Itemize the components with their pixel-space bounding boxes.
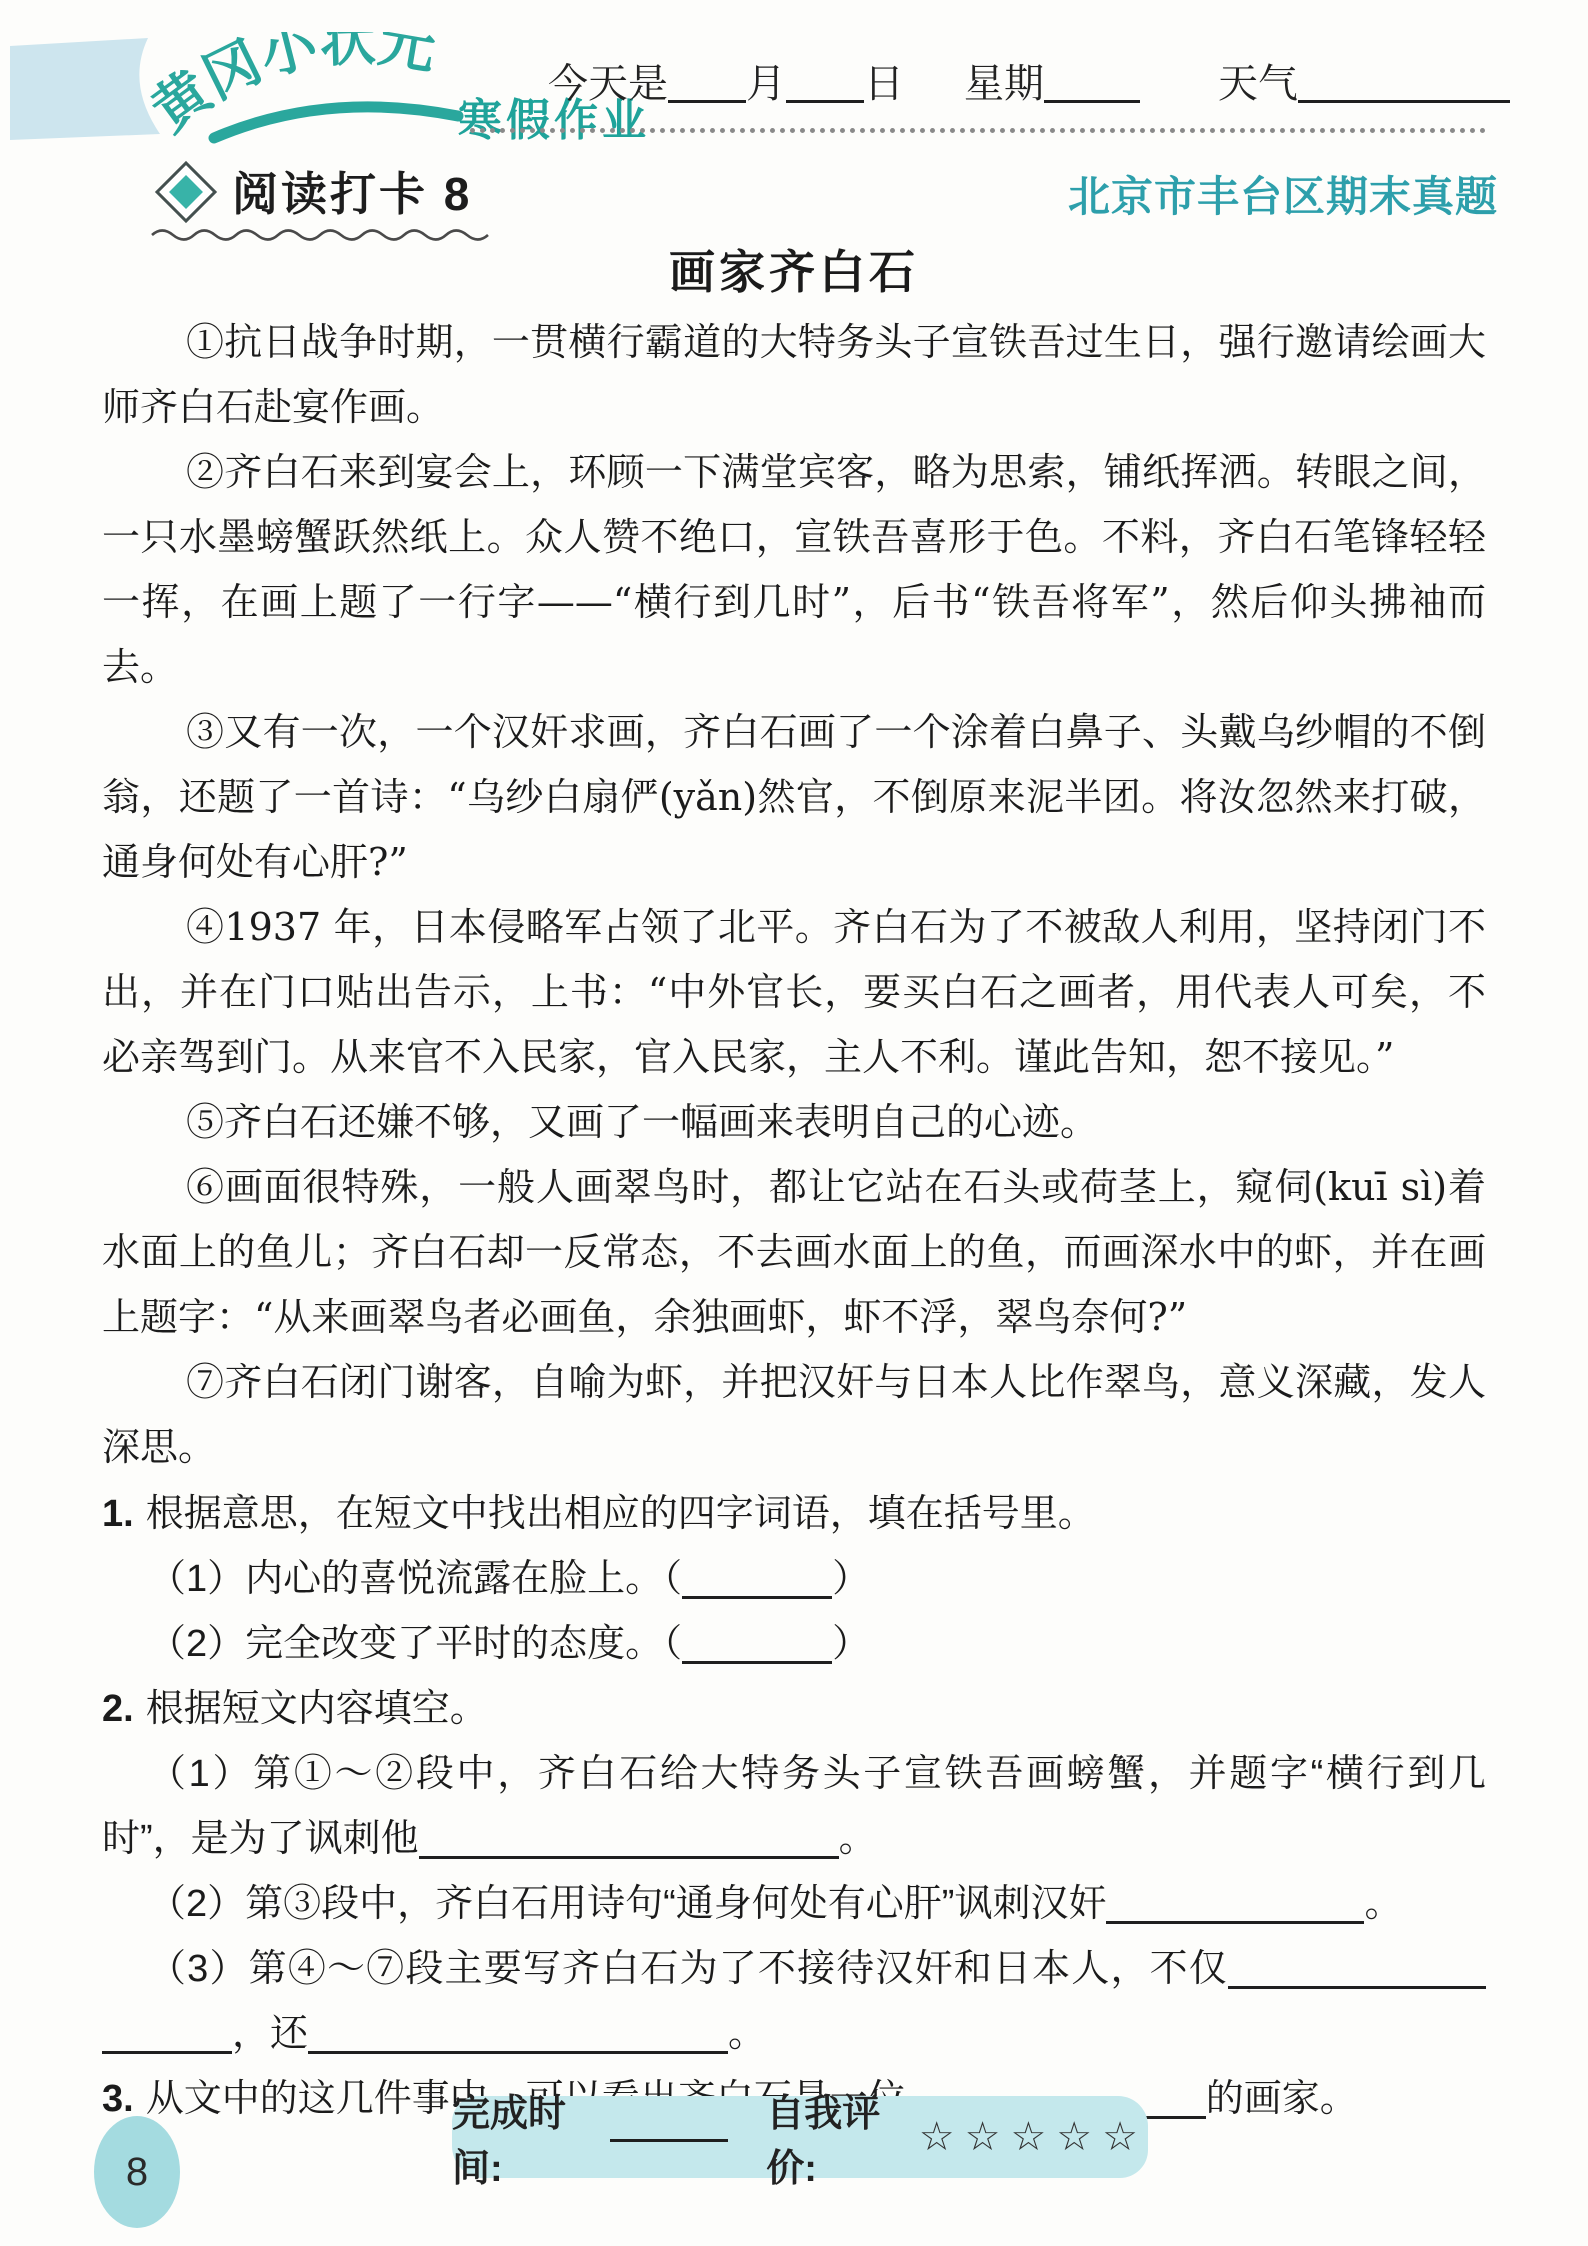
question-number: 3. <box>102 2078 134 2120</box>
text-run: 日 <box>864 61 904 107</box>
exam-source-tag: 北京市丰台区期末真题 <box>1068 164 1498 224</box>
main-content: 画家齐白石 ①抗日战争时期，一贯横行霸道的大特务头子宣铁吾过生日，强行邀请绘画大… <box>102 226 1486 2132</box>
text-run: 根据短文内容填空。 <box>146 1688 488 1730</box>
text-run: 今天是 <box>548 61 668 107</box>
text-run: 的画家。 <box>1206 2078 1358 2120</box>
star-rating: ☆☆☆☆☆ <box>919 2114 1148 2160</box>
fill-in-blank <box>419 1850 839 1859</box>
footer-bar: 完成时间: 自我评价: ☆☆☆☆☆ <box>452 2096 1148 2178</box>
text-run: 天气 <box>1218 61 1298 107</box>
text-run: 星期 <box>964 61 1044 107</box>
text-run: 。 <box>1364 1883 1402 1925</box>
article-paragraph: ③又有一次，一个汉奸求画，齐白石画了一个涂着白鼻子、头戴乌纱帽的不倒翁，还题了一… <box>102 700 1486 895</box>
fill-in-blank <box>1298 94 1510 103</box>
worksheet-page: 黄冈小状元 寒假作业 今天是月日星期天气 阅读打卡 8 北京市丰台区期末真题 画… <box>0 0 1588 2246</box>
brand-swoosh <box>214 107 458 138</box>
text-run: （1）内心的喜悦流露在脸上。（ <box>148 1558 682 1600</box>
section-title: 阅读打卡 8 <box>232 158 472 224</box>
article-paragraph: ②齐白石来到宴会上，环顾一下满堂宾客，略为思索，铺纸挥洒。转眼之间，一只水墨螃蟹… <box>102 440 1486 700</box>
fill-in-blank <box>786 94 864 103</box>
page-number-badge: 8 <box>94 2116 180 2228</box>
page-number: 8 <box>126 2150 148 2195</box>
text-run: ，还 <box>232 2013 308 2055</box>
question-sub-item: （1）第①～②段中，齐白石给大特务头子宣铁吾画螃蟹，并题字“横行到几时”，是为了… <box>102 1742 1486 1872</box>
text-run: （2）第③段中，齐白石用诗句“通身何处有心肝”讽刺汉奸 <box>148 1883 1106 1925</box>
article-title: 画家齐白石 <box>102 236 1486 302</box>
fill-in-blank <box>1106 1915 1364 1924</box>
text-run: （2）完全改变了平时的态度。（ <box>148 1623 682 1665</box>
fill-in-blank <box>308 2045 728 2054</box>
self-eval-label: 自我评价: <box>766 2082 904 2192</box>
article-paragraph: ⑤齐白石还嫌不够，又画了一幅画来表明自己的心迹。 <box>102 1090 1486 1155</box>
fill-in-blank <box>1044 94 1140 103</box>
spacer <box>904 95 964 97</box>
article-body: ①抗日战争时期，一贯横行霸道的大特务头子宣铁吾过生日，强行邀请绘画大师齐白石赴宴… <box>102 310 1486 1480</box>
diamond-icon <box>155 161 217 223</box>
question-sub-item: （1）内心的喜悦流露在脸上。（） <box>102 1547 1486 1612</box>
question-sub-item: （2）第③段中，齐白石用诗句“通身何处有心肝”讽刺汉奸。 <box>102 1872 1486 1937</box>
question-number: 1. <box>102 1493 134 1535</box>
date-fill-line: 今天是月日星期天气 <box>548 52 1538 109</box>
text-run: 。 <box>839 1818 877 1860</box>
text-run: ） <box>832 1558 870 1600</box>
dotted-divider <box>470 128 1486 133</box>
fill-in-blank <box>102 2045 232 2054</box>
question-stem: 1.根据意思，在短文中找出相应的四字词语，填在括号里。 <box>102 1482 1486 1547</box>
question-sub-item: （3）第④～⑦段主要写齐白石为了不接待汉奸和日本人，不仅，还。 <box>102 1937 1486 2067</box>
question-list: 1.根据意思，在短文中找出相应的四字词语，填在括号里。（1）内心的喜悦流露在脸上… <box>102 1482 1486 2132</box>
text-run: （3）第④～⑦段主要写齐白石为了不接待汉奸和日本人，不仅 <box>148 1948 1228 1990</box>
question-stem: 2.根据短文内容填空。 <box>102 1677 1486 1742</box>
brand-name-arc-text: 黄冈小状元 <box>140 32 440 143</box>
question-number: 2. <box>102 1688 134 1730</box>
text-run: 根据意思，在短文中找出相应的四字词语，填在括号里。 <box>146 1493 1096 1535</box>
question-block: 2.根据短文内容填空。（1）第①～②段中，齐白石给大特务头子宣铁吾画螃蟹，并题字… <box>102 1677 1486 2067</box>
fill-in-blank <box>1228 1980 1486 1989</box>
text-run: （1）第①～②段中，齐白石给大特务头子宣铁吾画螃蟹，并题字“横行到几时”，是为了… <box>102 1753 1486 1860</box>
question-block: 1.根据意思，在短文中找出相应的四字词语，填在括号里。（1）内心的喜悦流露在脸上… <box>102 1482 1486 1677</box>
text-run: ） <box>832 1623 870 1665</box>
article-paragraph: ①抗日战争时期，一贯横行霸道的大特务头子宣铁吾过生日，强行邀请绘画大师齐白石赴宴… <box>102 310 1486 440</box>
finish-time-blank <box>610 2133 728 2142</box>
article-paragraph: ④1937 年，日本侵略军占领了北平。齐白石为了不被敌人利用，坚持闭门不出，并在… <box>102 895 1486 1090</box>
fill-in-blank <box>682 1590 832 1599</box>
article-paragraph: ⑦齐白石闭门谢客，自喻为虾，并把汉奸与日本人比作翠鸟，意义深藏，发人深思。 <box>102 1350 1486 1480</box>
spacer <box>1140 95 1218 97</box>
fill-in-blank <box>668 94 746 103</box>
logo-book-shape <box>10 38 160 140</box>
text-run: 月 <box>746 61 786 107</box>
finish-time-label: 完成时间: <box>452 2082 590 2192</box>
question-sub-item: （2）完全改变了平时的态度。（） <box>102 1612 1486 1677</box>
fill-in-blank <box>682 1655 832 1664</box>
text-run: 。 <box>728 2013 766 2055</box>
article-paragraph: ⑥画面很特殊，一般人画翠鸟时，都让它站在石头或荷茎上，窥伺(kuī sì)着水面… <box>102 1155 1486 1350</box>
